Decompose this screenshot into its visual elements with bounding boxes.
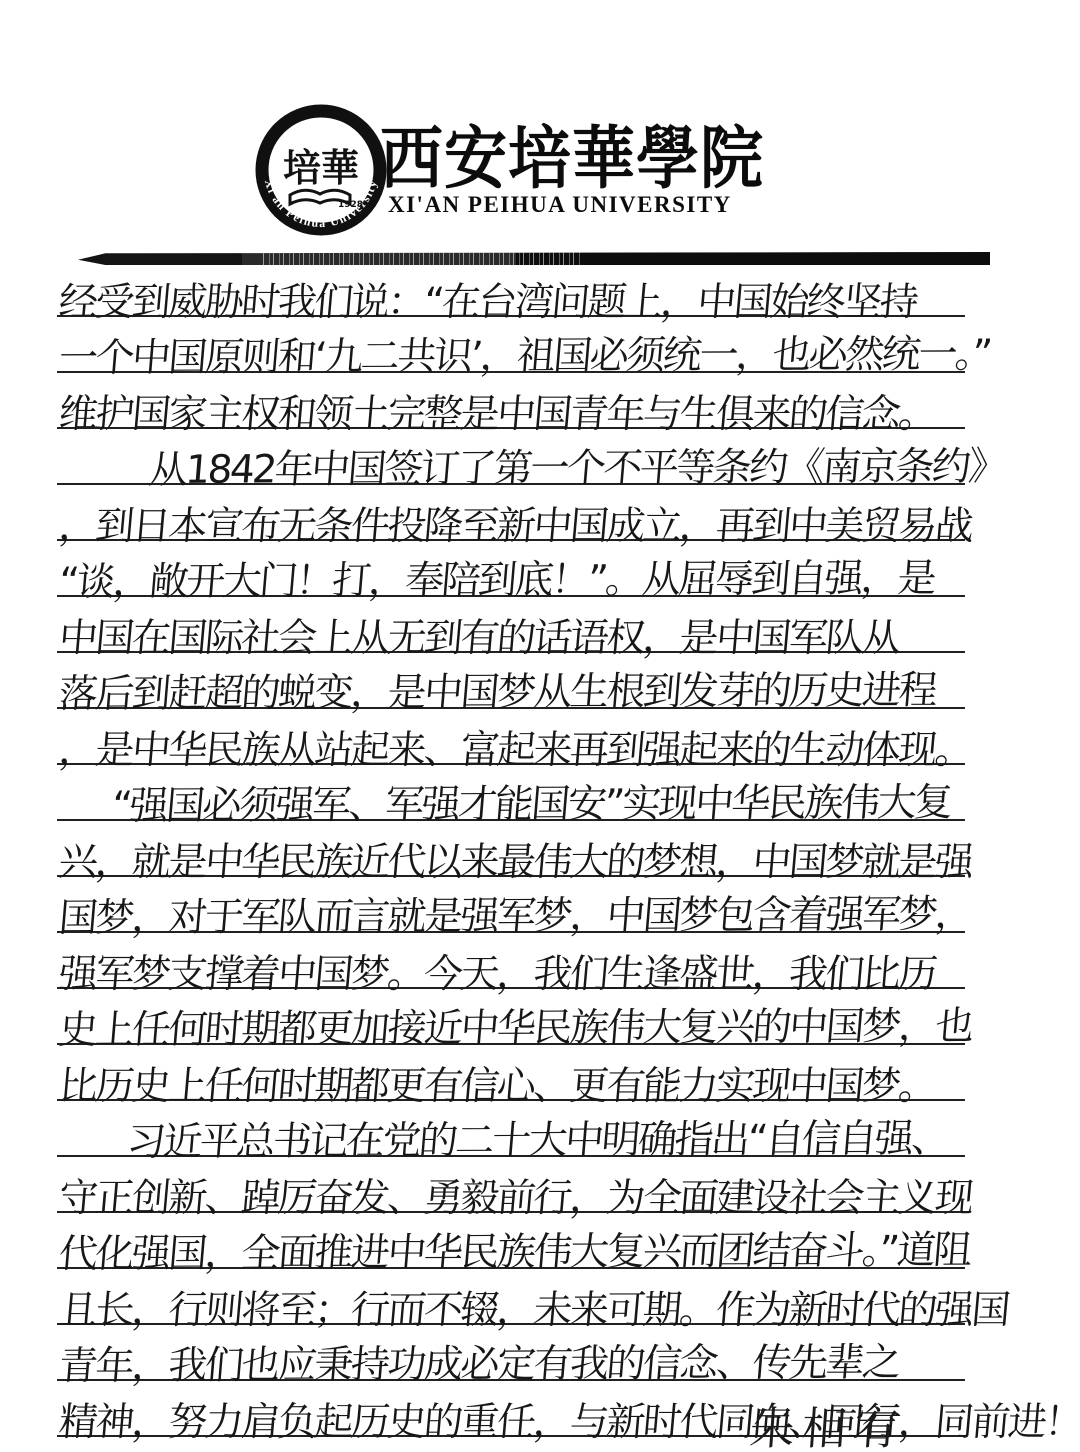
handwritten-line: 守正创新、踔厉奋发、勇毅前行，为全面建设社会主义现 (57, 1157, 965, 1213)
handwritten-line: 习近平总书记在党的二十大中明确指出“自信自强、 (57, 1101, 965, 1157)
handwritten-line: 从1842年中国签订了第一个不平等条约《南京条约》 (57, 429, 965, 485)
handwritten-line: 且长，行则将至；行而不辍，未来可期。作为新时代的强国 (57, 1269, 965, 1325)
handwritten-line: ，是中华民族从站起来、富起来再到强起来的生动体现。 (57, 709, 965, 765)
letter-page: Xi'an Peihua University 培華 1928 西安培華學院 X… (0, 0, 1080, 1452)
handwritten-line: 维护国家主权和领土完整是中国青年与生俱来的信念。 (57, 373, 965, 429)
handwritten-line: 强军梦支撑着中国梦。今天，我们生逢盛世，我们比历 (57, 933, 965, 989)
handwritten-line: 代化强国，全面推进中华民族伟大复兴而团结奋斗。”道阻 (57, 1213, 965, 1269)
handwritten-line: 史上任何时期都更加接近中华民族伟大复兴的中国梦，也 (57, 989, 965, 1045)
university-seal-logo: Xi'an Peihua University 培華 1928 (254, 102, 388, 238)
handwritten-line: “谈，敞开大门！打，奉陪到底！”。从屈辱到自强，是 (57, 541, 965, 597)
university-name-english: XI'AN PEIHUA UNIVERSITY (388, 192, 732, 218)
handwritten-line: 国梦，对于军队而言就是强军梦，中国梦包含着强军梦， (57, 877, 965, 933)
handwritten-line: 青年，我们也应秉持功成必定有我的信念、传先辈之 (57, 1325, 965, 1381)
letter-body: 经受到威胁时我们说：“在台湾问题上，中国始终坚持 一个中国原则和‘九二共识’，祖… (57, 261, 965, 1437)
handwritten-line: 经受到威胁时我们说：“在台湾问题上，中国始终坚持 (57, 261, 965, 317)
handwritten-line: 兴，就是中华民族近代以来最伟大的梦想，中国梦就是强 (57, 821, 965, 877)
university-name-chinese: 西安培華學院 (380, 104, 764, 202)
seal-year: 1928 (338, 200, 363, 210)
handwritten-line: 落后到赶超的蜕变，是中国梦从生根到发芽的历史进程 (57, 653, 965, 709)
handwritten-line: 中国在国际社会上从无到有的话语权，是中国军队从 (57, 597, 965, 653)
seal-center-characters: 培華 (283, 145, 359, 190)
handwritten-line: 一个中国原则和‘九二共识’，祖国必须统一，也必然统一。” (57, 317, 965, 373)
signature: 朱相宥 (748, 1392, 909, 1452)
handwritten-line: 比历史上任何时期都更有信心、更有能力实现中国梦。 (57, 1045, 965, 1101)
handwritten-line: ，到日本宣布无条件投降至新中国成立，再到中美贸易战 (57, 485, 965, 541)
handwritten-line: “强国必须强军、军强才能国安”实现中华民族伟大复 (57, 765, 965, 821)
